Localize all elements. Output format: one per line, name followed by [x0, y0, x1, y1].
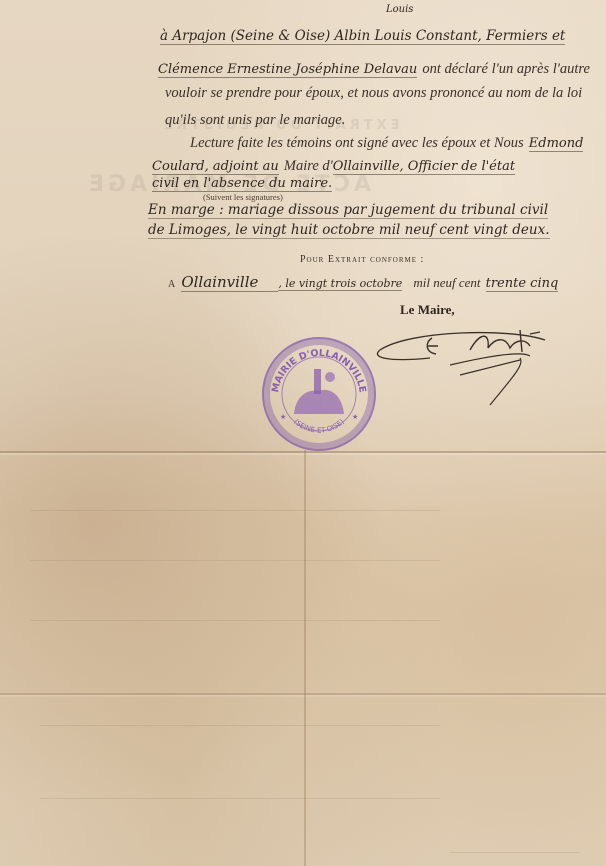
- margin-note-line-2: de Limoges, le vingt huit octobre mil ne…: [148, 222, 550, 239]
- handwritten-line-7: civil en l'absence du maire.: [152, 176, 332, 192]
- printed-text: Lecture faite les témoins ont signé avec…: [190, 135, 524, 151]
- certificate-page: EXTRAIT DU REGISTRE ACTE DE MARIAGE Loui…: [0, 0, 606, 866]
- margin-note-line-1: En marge : mariage dissous par jugement …: [148, 202, 548, 219]
- signatures-note: (Suivent les signatures): [203, 192, 283, 202]
- bleed-line: [30, 620, 440, 621]
- bleed-line: [30, 560, 440, 561]
- bleed-line: [40, 798, 440, 799]
- svg-text:★: ★: [352, 413, 358, 421]
- bleed-line: [30, 510, 440, 511]
- handwritten-line-1: à Arpajon (Seine & Oise) Albin Louis Con…: [160, 28, 565, 45]
- body-line-2: Clémence Ernestine Joséphine Delavau ont…: [158, 58, 590, 78]
- fold-crease: [0, 451, 606, 453]
- mayor-signature: [370, 320, 550, 410]
- place: Ollainville: [181, 273, 278, 292]
- svg-text:(SEINE-ET-OISE): (SEINE-ET-OISE): [292, 418, 346, 435]
- prefix: A: [168, 279, 176, 290]
- printed-text: ont déclaré l'un après l'autre: [422, 61, 590, 77]
- body-line-6: Coulard, adjoint au Maire d'Ollainville,…: [152, 155, 515, 175]
- year-printed: mil neuf cent: [413, 275, 480, 290]
- year-handwritten: trente cinq: [486, 276, 559, 292]
- printed-line-4: qu'ils sont unis par le mariage.: [165, 112, 345, 129]
- svg-text:★: ★: [280, 413, 286, 421]
- commune-name: Ollainville, Officier de l'état: [333, 159, 515, 175]
- day-month: , le vingt trois octobre: [278, 277, 402, 291]
- superscript-name: Louis: [386, 4, 413, 15]
- officer-name: Coulard, adjoint au: [152, 159, 279, 175]
- fold-crease: [0, 693, 606, 695]
- fold-crease-vertical: [304, 450, 306, 866]
- certification-heading: Pour Extrait conforme :: [300, 254, 424, 265]
- body-line-5: Lecture faite les témoins ont signé avec…: [190, 132, 583, 152]
- officer-firstname: Edmond: [529, 136, 584, 152]
- signatory-title: Le Maire,: [400, 302, 455, 318]
- stamp-bottom-text: (SEINE-ET-OISE): [292, 418, 346, 435]
- bleed-line: [40, 725, 440, 726]
- bleed-line: [450, 852, 580, 853]
- bride-name: Clémence Ernestine Joséphine Delavau: [158, 62, 417, 78]
- printed-text: Maire d': [284, 158, 333, 174]
- certification-place-date: A Ollainville, le vingt trois octobre mi…: [168, 272, 558, 291]
- printed-line-3: vouloir se prendre pour époux, et nous a…: [165, 85, 582, 102]
- municipal-stamp: MAIRIE D'OLLAINVILLE (SEINE-ET-OISE) ★ ★: [262, 337, 376, 451]
